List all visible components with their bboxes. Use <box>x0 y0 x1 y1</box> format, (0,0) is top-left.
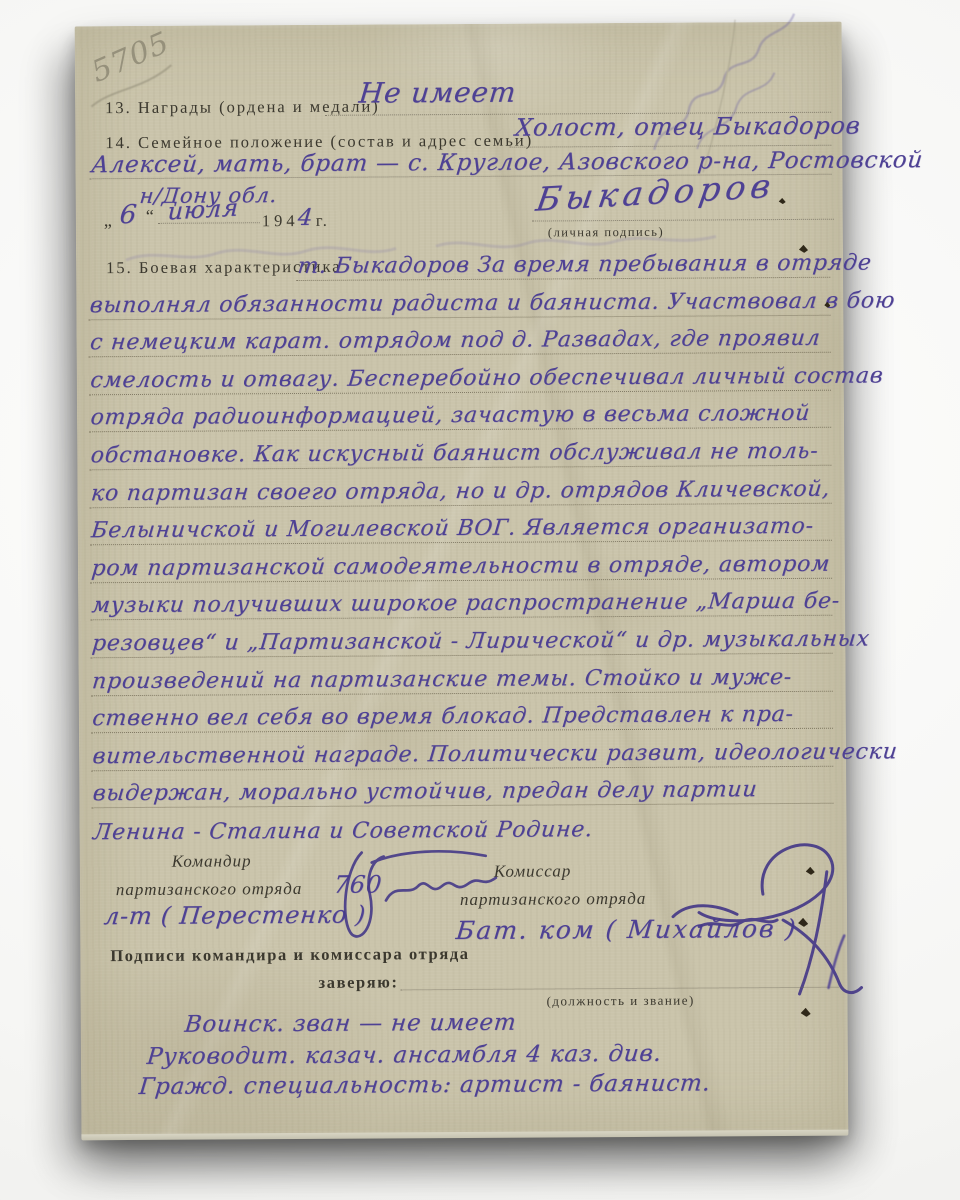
battle-characteristic-line: с немецким карат. отрядом под д. Развада… <box>89 316 835 358</box>
date-month-value: июля <box>167 194 240 226</box>
commander-title-line2: партизанского отряда <box>116 879 303 900</box>
battle-characteristic-line: обстановке. Как искусный баянист обслужи… <box>89 429 835 471</box>
battle-characteristic-line: ко партизан своего отряда, но и др. отря… <box>90 466 836 508</box>
field-family-value-2: Алексей, мать, брат — с. Круглое, Азовск… <box>90 147 924 178</box>
civil-specialty-note: Гражд. специальность: артист - баянист. <box>138 1070 712 1100</box>
commissar-signature <box>615 832 866 999</box>
field-family-value-1: Холост, отец Быкадоров <box>514 112 862 142</box>
battle-characteristic-line: ром партизанской самодеятельности в отря… <box>90 542 836 584</box>
battle-characteristic-line: выполнял обязанности радиста и баяниста.… <box>88 278 834 320</box>
battle-characteristic-line: смелость и отвагу. Бесперебойно обеспечи… <box>89 354 835 396</box>
battle-characteristic-line: музыки получивших широкое распространени… <box>90 579 836 621</box>
certify-caption: (должность и звание) <box>547 993 695 1010</box>
battle-characteristic-line: ственно вел себя во время блокад. Предст… <box>91 692 837 734</box>
battle-characteristic-line: вительственной награде. Политически разв… <box>91 730 837 772</box>
date-era-label: г. <box>316 211 329 231</box>
certify-header: Подписи командира и комиссара отряда <box>110 944 469 966</box>
battle-characteristic-line: резовцев“ и „Партизанской - Лирической“ … <box>91 617 837 659</box>
date-year-printed: 194 <box>262 211 299 231</box>
battle-characteristic-line: т. Быкадоров За время пребывания в отряд… <box>296 241 834 281</box>
date-year-written: 4 <box>297 205 315 231</box>
document-page: 5705 13. Награды (ордена и медали) Не им… <box>75 22 849 1137</box>
field-awards-value: Не имеет <box>357 76 517 110</box>
battle-characteristic-line: произведений на партизанские темы. Стойк… <box>91 654 837 696</box>
certify-verb: заверяю: <box>318 972 398 992</box>
battle-characteristic-lines: т. Быкадоров За время пребывания в отряд… <box>75 22 842 27</box>
punch-hole <box>779 198 786 204</box>
personal-signature-caption: (личная подпись) <box>548 225 664 241</box>
battle-characteristic-line: отряда радиоинформацией, зачастую в весь… <box>89 391 835 433</box>
date-quote-open: „ <box>104 210 114 231</box>
punch-hole <box>801 1008 811 1017</box>
pencil-archive-number: 5705 <box>87 25 174 90</box>
date-day-value: 6 <box>118 200 138 230</box>
personal-signature-ruled-line <box>532 219 834 222</box>
scan-background: 5705 13. Награды (ордена и медали) Не им… <box>0 0 960 1200</box>
date-quote-close: “ <box>146 206 156 227</box>
commissar-title-line1: Комиссар <box>494 861 572 881</box>
battle-characteristic-line: Белыничской и Могилевской ВОГ. Является … <box>90 504 836 546</box>
battle-characteristic-line: выдержан, морально устойчив, предан делу… <box>91 767 837 809</box>
military-rank-note: Воинск. зван — не имеет <box>183 1010 517 1038</box>
commander-title-line1: Командир <box>172 851 252 871</box>
ensemble-leader-note: Руководит. казач. ансамбля 4 каз. див. <box>146 1041 663 1070</box>
